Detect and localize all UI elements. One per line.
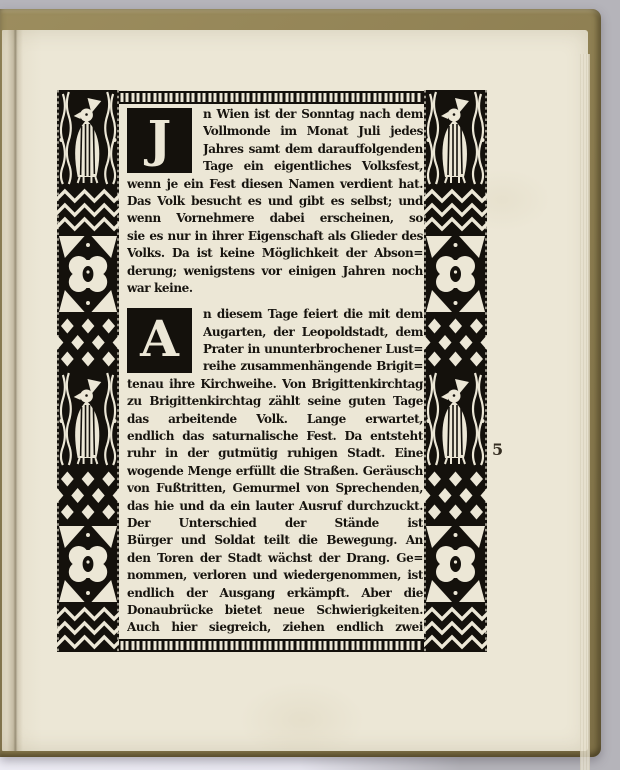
text-line: tenau ihre Kirchweihe. Von Brigittenkirc… bbox=[127, 376, 423, 393]
text-line: wenn je ein Fest diesen Namen verdient h… bbox=[127, 176, 423, 193]
stripe-border-top bbox=[119, 91, 424, 104]
text-line: Auch hier siegreich, ziehen endlich zwei bbox=[127, 619, 423, 636]
paragraph: J n Wien ist der Sonntag nach demVollmon… bbox=[127, 106, 423, 297]
text-line: Jahres samt dem darauffolgenden bbox=[203, 141, 423, 158]
text-line: Das Volk besucht es und gibt es selbst; … bbox=[127, 193, 423, 210]
page-edge-stack bbox=[580, 54, 590, 770]
text-line: reihe zusammenhängende Brigit= bbox=[203, 358, 423, 375]
text-line: das hie und da ein lauter Ausruf durchzu… bbox=[127, 498, 423, 515]
body-lines: tenau ihre Kirchweihe. Von Brigittenkirc… bbox=[127, 376, 423, 637]
body-lines: wenn je ein Fest diesen Namen verdient h… bbox=[127, 176, 423, 280]
text-line: Volks. Da ist keine Möglichkeit der Abso… bbox=[127, 245, 423, 262]
text-line: das arbeitende Volk. Lange erwartet, ers… bbox=[127, 411, 423, 428]
ornamental-border-right bbox=[424, 90, 487, 652]
text-line: wenn Vornehmere dabei erscheinen, so kön… bbox=[127, 210, 423, 227]
text-line: Bürger und Soldat teilt die Bewegung. An bbox=[127, 532, 423, 549]
text-line: endlich der Ausgang erkämpft. Aber die bbox=[127, 585, 423, 602]
text-line: war keine. bbox=[127, 280, 423, 297]
text-line: Donaubrücke bietet neue Schwierigkeiten. bbox=[127, 602, 423, 619]
ornamental-border-left bbox=[57, 90, 119, 652]
text-line: sie es nur in ihrer Eigenschaft als Glie… bbox=[127, 228, 423, 245]
text-block: J n Wien ist der Sonntag nach demVollmon… bbox=[127, 106, 423, 637]
text-line: Tage ein eigentliches Volksfest, bbox=[203, 158, 423, 175]
drop-cap-lines: n diesem Tage feiert die mit demAugarten… bbox=[203, 306, 423, 376]
text-line: Der Unterschied der Stände ist verschwun… bbox=[127, 515, 423, 532]
drop-cap-initial: J bbox=[127, 108, 192, 173]
text-line: Prater in ununterbrochener Lust= bbox=[203, 341, 423, 358]
drop-cap-lines: n Wien ist der Sonntag nach demVollmonde… bbox=[203, 106, 423, 176]
text-line: den Toren der Stadt wächst der Drang. Ge… bbox=[127, 550, 423, 567]
paragraph: A n diesem Tage feiert die mit demAugart… bbox=[127, 306, 423, 636]
drop-cap-initial: A bbox=[127, 308, 192, 373]
text-line: von Fußtritten, Gemurmel von Sprechenden… bbox=[127, 480, 423, 497]
text-line: n Wien ist der Sonntag nach dem bbox=[203, 106, 423, 123]
photo-background: J n Wien ist der Sonntag nach demVollmon… bbox=[0, 0, 620, 770]
text-line: n diesem Tage feiert die mit dem bbox=[203, 306, 423, 323]
text-line: Augarten, der Leopoldstadt, dem bbox=[203, 324, 423, 341]
stripe-border-bottom bbox=[119, 639, 424, 652]
binding-gutter bbox=[7, 30, 23, 751]
text-line: zu Brigittenkirchtag zählt seine guten T… bbox=[127, 393, 423, 410]
text-line: ruhr in der gutmütig ruhigen Stadt. Eine bbox=[127, 445, 423, 462]
text-line: wogende Menge erfüllt die Straßen. Geräu… bbox=[127, 463, 423, 480]
page-number: 5 bbox=[492, 440, 503, 459]
text-line: Vollmonde im Monat Juli jedes bbox=[203, 123, 423, 140]
text-line: nommen, verloren und wiedergenommen, ist bbox=[127, 567, 423, 584]
text-line: derung; wenigstens vor einigen Jahren no… bbox=[127, 263, 423, 280]
text-line: endlich das saturnalische Fest. Da entst… bbox=[127, 428, 423, 445]
